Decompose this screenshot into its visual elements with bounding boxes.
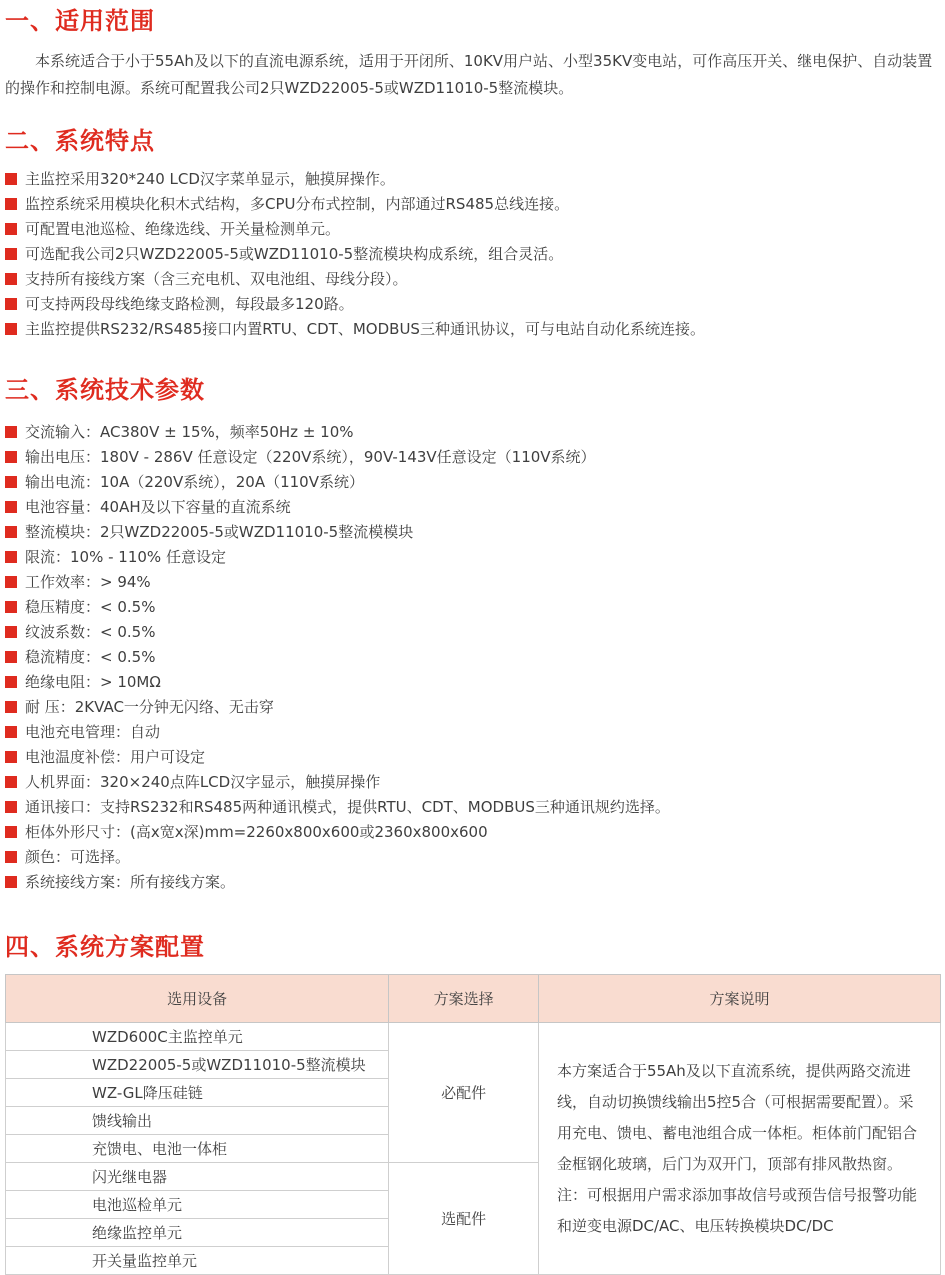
param-text: 颜色：可选择。 xyxy=(25,846,130,867)
param-text: 电池充电管理：自动 xyxy=(25,721,160,742)
bullet-square-icon xyxy=(5,273,17,285)
bullet-square-icon xyxy=(5,551,17,563)
feature-text: 支持所有接线方案（含三充电机、双电池组、母线分段）。 xyxy=(25,268,408,289)
bullet-square-icon xyxy=(5,726,17,738)
param-item: 交流输入：AC380V ± 15%，频率50Hz ± 10% xyxy=(5,419,941,444)
param-item: 电池温度补偿：用户可设定 xyxy=(5,744,941,769)
param-text: 工作效率：> 94% xyxy=(25,571,151,592)
param-text: 稳压精度：< 0.5% xyxy=(25,596,155,617)
equipment-cell: WZD22005-5或WZD11010-5整流模块 xyxy=(6,1051,389,1079)
bullet-square-icon xyxy=(5,601,17,613)
param-item: 人机界面：320×240点阵LCD汉字显示，触摸屏操作 xyxy=(5,769,941,794)
param-text: 纹波系数：< 0.5% xyxy=(25,621,155,642)
plan-optional-cell: 选配件 xyxy=(389,1163,539,1275)
feature-item: 可选配我公司2只WZD22005-5或WZD11010-5整流模块构成系统，组合… xyxy=(5,241,941,266)
param-text: 输出电流：10A（220V系统），20A（110V系统） xyxy=(25,471,364,492)
bullet-square-icon xyxy=(5,751,17,763)
bullet-square-icon xyxy=(5,298,17,310)
feature-text: 可配置电池巡检、绝缘选线、开关量检测单元。 xyxy=(25,218,340,239)
equipment-cell: WZD600C主监控单元 xyxy=(6,1023,389,1051)
bullet-square-icon xyxy=(5,576,17,588)
param-text: 电池容量：40AH及以下容量的直流系统 xyxy=(25,496,291,517)
table-row: WZD600C主监控单元 必配件 本方案适合于55Ah及以下直流系统，提供两路交… xyxy=(6,1023,941,1051)
feature-item: 支持所有接线方案（含三充电机、双电池组、母线分段）。 xyxy=(5,266,941,291)
param-text: 人机界面：320×240点阵LCD汉字显示，触摸屏操作 xyxy=(25,771,380,792)
param-text: 绝缘电阻：> 10MΩ xyxy=(25,671,161,692)
bullet-square-icon xyxy=(5,198,17,210)
param-text: 稳流精度：< 0.5% xyxy=(25,646,155,667)
bullet-square-icon xyxy=(5,451,17,463)
bullet-square-icon xyxy=(5,173,17,185)
param-item: 颜色：可选择。 xyxy=(5,844,941,869)
param-text: 系统接线方案：所有接线方案。 xyxy=(25,871,235,892)
feature-item: 可支持两段母线绝缘支路检测，每段最多120路。 xyxy=(5,291,941,316)
param-item: 电池容量：40AH及以下容量的直流系统 xyxy=(5,494,941,519)
feature-item: 监控系统采用模块化积木式结构，多CPU分布式控制，内部通过RS485总线连接。 xyxy=(5,191,941,216)
bullet-square-icon xyxy=(5,826,17,838)
plan-description-cell: 本方案适合于55Ah及以下直流系统，提供两路交流进线，自动切换馈线输出5控5合（… xyxy=(538,1023,940,1275)
feature-text: 主监控提供RS232/RS485接口内置RTU、CDT、MODBUS三种通讯协议… xyxy=(25,318,705,339)
param-item: 通讯接口：支持RS232和RS485两种通讯模式，提供RTU、CDT、MODBU… xyxy=(5,794,941,819)
feature-text: 监控系统采用模块化积木式结构，多CPU分布式控制，内部通过RS485总线连接。 xyxy=(25,193,569,214)
equipment-cell: 电池巡检单元 xyxy=(6,1191,389,1219)
bullet-square-icon xyxy=(5,851,17,863)
bullet-square-icon xyxy=(5,248,17,260)
bullet-square-icon xyxy=(5,426,17,438)
feature-item: 可配置电池巡检、绝缘选线、开关量检测单元。 xyxy=(5,216,941,241)
section-title-parameters: 三、系统技术参数 xyxy=(5,375,941,405)
feature-text: 可选配我公司2只WZD22005-5或WZD11010-5整流模块构成系统，组合… xyxy=(25,243,563,264)
equipment-cell: 闪光继电器 xyxy=(6,1163,389,1191)
bullet-square-icon xyxy=(5,876,17,888)
scope-paragraph: 本系统适合于小于55Ah及以下的直流电源系统，适用于开闭所、10KV用户站、小型… xyxy=(5,48,941,102)
section-title-features: 二、系统特点 xyxy=(5,126,941,156)
bullet-square-icon xyxy=(5,223,17,235)
equipment-cell: WZ-GL降压硅链 xyxy=(6,1079,389,1107)
param-text: 交流输入：AC380V ± 15%，频率50Hz ± 10% xyxy=(25,421,354,442)
param-item: 整流模块：2只WZD22005-5或WZD11010-5整流模模块 xyxy=(5,519,941,544)
equipment-cell: 开关量监控单元 xyxy=(6,1247,389,1275)
equipment-cell: 充馈电、电池一体柜 xyxy=(6,1135,389,1163)
bullet-square-icon xyxy=(5,526,17,538)
feature-text: 主监控采用320*240 LCD汉字菜单显示，触摸屏操作。 xyxy=(25,168,395,189)
configuration-table: 选用设备 方案选择 方案说明 WZD600C主监控单元 必配件 本方案适合于55… xyxy=(5,974,941,1275)
section-title-configuration: 四、系统方案配置 xyxy=(5,932,941,962)
param-item: 输出电压：180V - 286V 任意设定（220V系统），90V-143V任意… xyxy=(5,444,941,469)
param-text: 限流：10% - 110% 任意设定 xyxy=(25,546,226,567)
plan-description-text: 本方案适合于55Ah及以下直流系统，提供两路交流进线，自动切换馈线输出5控5合（… xyxy=(557,1056,926,1180)
plan-note-text: 注：可根据用户需求添加事故信号或预告信号报警功能和逆变电源DC/AC、电压转换模… xyxy=(557,1180,926,1242)
param-text: 电池温度补偿：用户可设定 xyxy=(25,746,205,767)
param-item: 纹波系数：< 0.5% xyxy=(5,619,941,644)
bullet-square-icon xyxy=(5,651,17,663)
bullet-square-icon xyxy=(5,626,17,638)
plan-required-cell: 必配件 xyxy=(389,1023,539,1163)
param-text: 通讯接口：支持RS232和RS485两种通讯模式，提供RTU、CDT、MODBU… xyxy=(25,796,670,817)
bullet-square-icon xyxy=(5,501,17,513)
param-item: 稳流精度：< 0.5% xyxy=(5,644,941,669)
table-header-row: 选用设备 方案选择 方案说明 xyxy=(6,975,941,1023)
param-item: 限流：10% - 110% 任意设定 xyxy=(5,544,941,569)
bullet-square-icon xyxy=(5,701,17,713)
feature-item: 主监控采用320*240 LCD汉字菜单显示，触摸屏操作。 xyxy=(5,166,941,191)
param-text: 耐 压：2KVAC一分钟无闪络、无击穿 xyxy=(25,696,274,717)
equipment-cell: 绝缘监控单元 xyxy=(6,1219,389,1247)
bullet-square-icon xyxy=(5,323,17,335)
col-header-description: 方案说明 xyxy=(538,975,940,1023)
bullet-square-icon xyxy=(5,476,17,488)
param-item: 柜体外形尺寸：(高x宽x深)mm=2260x800x600或2360x800x6… xyxy=(5,819,941,844)
feature-item: 主监控提供RS232/RS485接口内置RTU、CDT、MODBUS三种通讯协议… xyxy=(5,316,941,341)
section-title-scope: 一、适用范围 xyxy=(5,6,941,36)
param-item: 稳压精度：< 0.5% xyxy=(5,594,941,619)
param-item: 输出电流：10A（220V系统），20A（110V系统） xyxy=(5,469,941,494)
col-header-plan: 方案选择 xyxy=(389,975,539,1023)
bullet-square-icon xyxy=(5,776,17,788)
param-text: 整流模块：2只WZD22005-5或WZD11010-5整流模模块 xyxy=(25,521,413,542)
param-text: 输出电压：180V - 286V 任意设定（220V系统），90V-143V任意… xyxy=(25,446,596,467)
equipment-cell: 馈线输出 xyxy=(6,1107,389,1135)
param-item: 工作效率：> 94% xyxy=(5,569,941,594)
param-item: 系统接线方案：所有接线方案。 xyxy=(5,869,941,894)
param-item: 电池充电管理：自动 xyxy=(5,719,941,744)
param-text: 柜体外形尺寸：(高x宽x深)mm=2260x800x600或2360x800x6… xyxy=(25,821,488,842)
bullet-square-icon xyxy=(5,801,17,813)
col-header-equipment: 选用设备 xyxy=(6,975,389,1023)
parameters-list: 交流输入：AC380V ± 15%，频率50Hz ± 10% 输出电压：180V… xyxy=(5,419,941,894)
feature-text: 可支持两段母线绝缘支路检测，每段最多120路。 xyxy=(25,293,354,314)
param-item: 绝缘电阻：> 10MΩ xyxy=(5,669,941,694)
features-list: 主监控采用320*240 LCD汉字菜单显示，触摸屏操作。 监控系统采用模块化积… xyxy=(5,166,941,341)
bullet-square-icon xyxy=(5,676,17,688)
param-item: 耐 压：2KVAC一分钟无闪络、无击穿 xyxy=(5,694,941,719)
